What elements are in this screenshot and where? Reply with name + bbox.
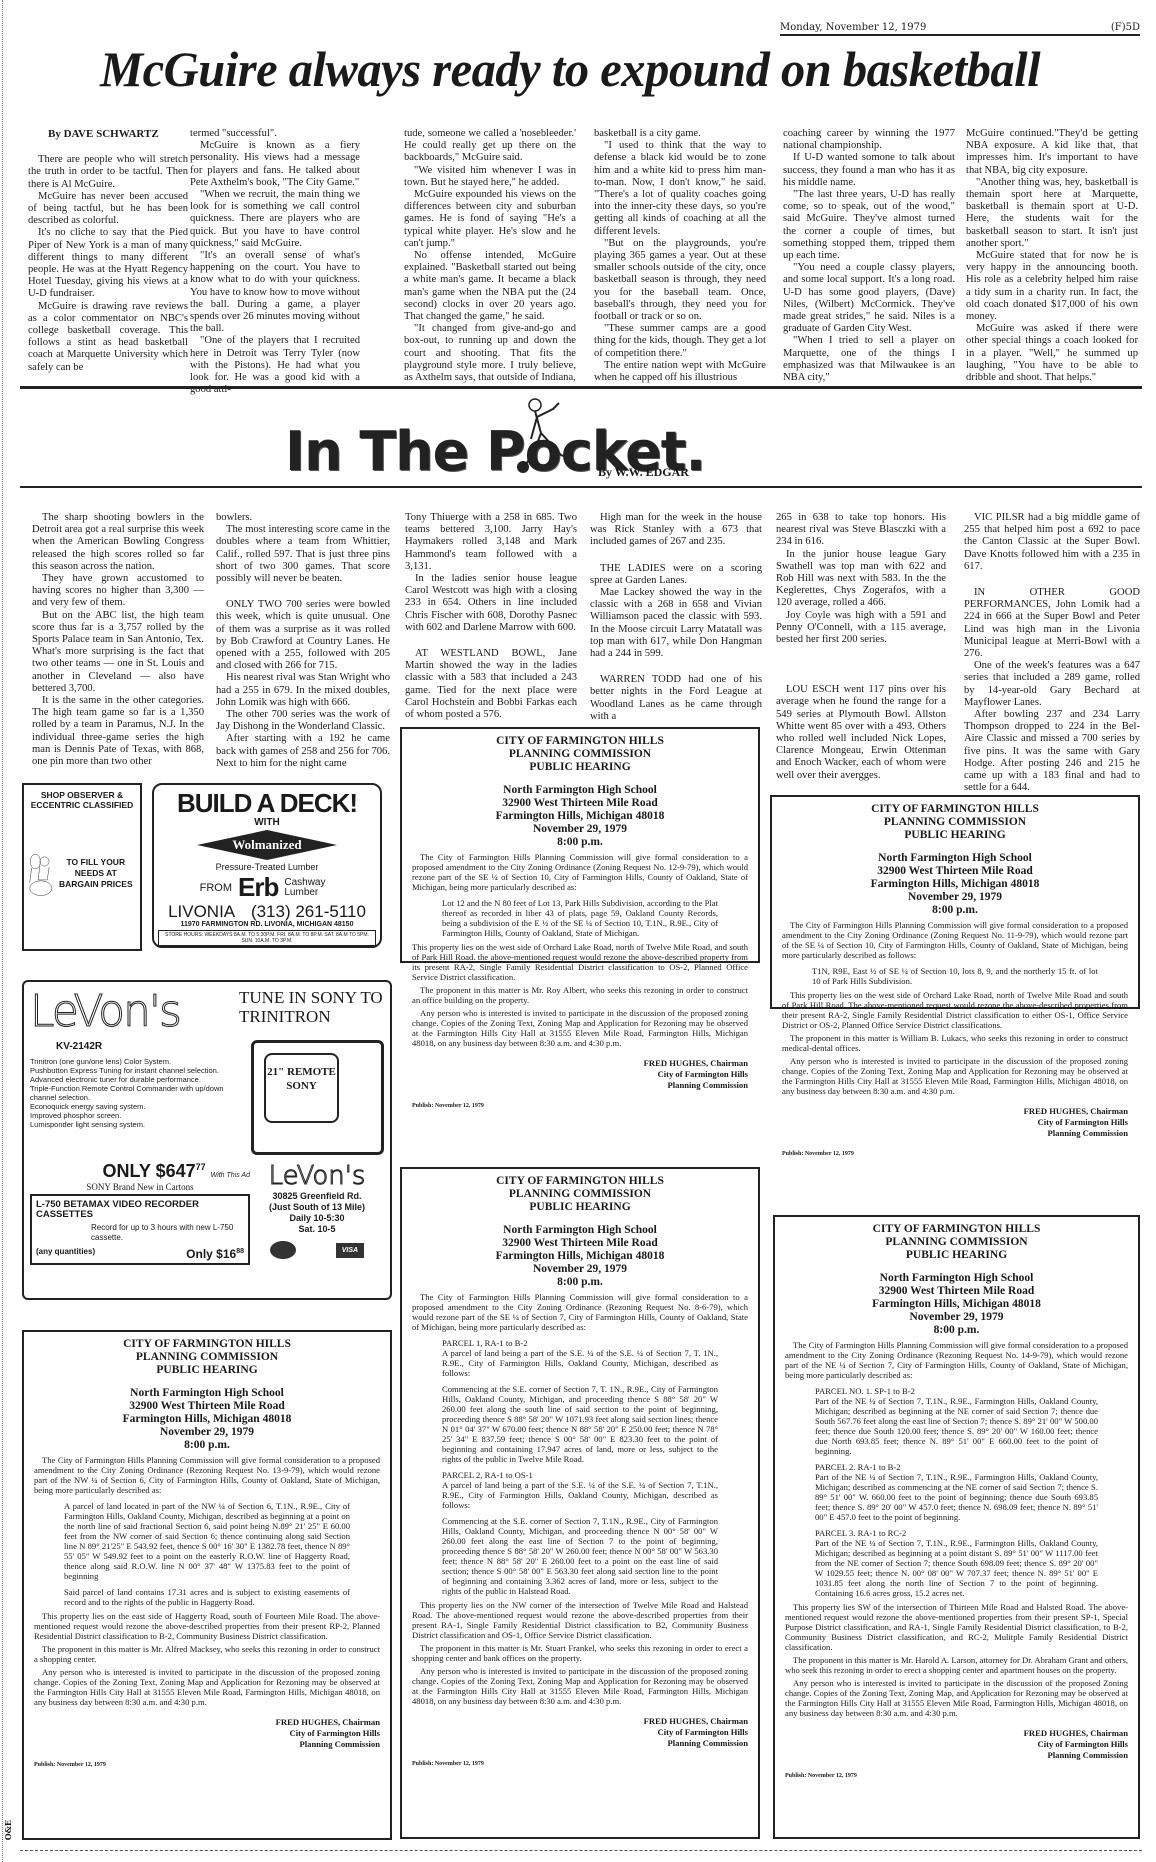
article2-column-6: VIC PILSR had a big middle game of 255 t…	[964, 512, 1140, 794]
levons-logo: LeVon's	[30, 988, 180, 1036]
paragraph: coaching career by winning the 1977 nati…	[783, 128, 955, 152]
paragraph: After bowling 237 and 234 Larry Thompson…	[964, 709, 1140, 794]
paragraph: "You need a couple classy players, and s…	[783, 262, 955, 335]
page-section: (F)5D	[1111, 22, 1140, 33]
feature-item: Lumisponder light sensing system.	[30, 1120, 241, 1129]
levons-sony-ad[interactable]: LeVon's TUNE IN SONY TO TRINITRON KV-214…	[22, 980, 392, 1300]
paragraph: The entire nation wept with McGuire when…	[594, 360, 766, 384]
ad-with: WITH	[158, 817, 376, 828]
paragraph: McGuire has never been accused of being …	[28, 191, 188, 228]
paragraph: bowlers.	[216, 512, 390, 524]
tv-screen-label: 21" REMOTE SONY	[264, 1053, 339, 1123]
build-a-deck-ad[interactable]: BUILD A DECK! WITH Wolmanized Pressure-T…	[152, 783, 382, 948]
paragraph: They have grown accustomed to having sco…	[32, 573, 204, 610]
paragraph: It's no cliche to say that the Pied Pipe…	[28, 227, 188, 300]
article1-column-2: termed "successful". McGuire is known as…	[190, 128, 360, 396]
paragraph: If U-D wanted somone to talk about succe…	[783, 152, 955, 189]
tv-model: KV-2142R	[56, 1042, 241, 1051]
paragraph: McGuire stated that for now he is very h…	[966, 250, 1138, 323]
public-hearing-notice-13-9-79: CITY OF FARMINGTON HILLSPLANNING COMMISS…	[22, 1330, 392, 1840]
article2-column-2: bowlers. The most interesting score came…	[216, 512, 390, 770]
page-bottom-rule	[20, 1850, 1142, 1851]
paragraph: LOU ESCH went 117 pins over his average …	[776, 684, 946, 782]
paragraph: "When we recruit, the main thing we look…	[190, 189, 360, 250]
public-hearing-notice-12-9-79: CITY OF FARMINGTON HILLSPLANNING COMMISS…	[400, 727, 760, 963]
article-headline: McGuire always ready to expound on baske…	[100, 40, 1070, 98]
paragraph: VIC PILSR had a big middle game of 255 t…	[964, 512, 1140, 573]
public-hearing-notice-8-6-79: CITY OF FARMINGTON HILLSPLANNING COMMISS…	[400, 1167, 760, 1839]
mastercharge-logo-icon	[270, 1241, 296, 1259]
paragraph: Joy Coyle was high with a 591 and Penny …	[776, 610, 946, 647]
paragraph: No offense intended, McGuire explained. …	[404, 250, 576, 323]
paragraph: McGuire expounded his views on the diffe…	[404, 189, 576, 250]
paragraph: McGuire is known as a fiery personality.…	[190, 140, 360, 189]
paragraph: McGuire is drawing rave reviews as a col…	[28, 301, 188, 374]
levons-logo-small: LeVon's	[250, 1161, 384, 1191]
paragraph: "When I tried to sell a player on Marque…	[783, 335, 955, 384]
paragraph: "It changed from give-and-go and box-out…	[404, 323, 576, 384]
ad-hours: STORE HOURS: WEEKDAYS 8A.M. TO 5:30P.M. …	[158, 930, 376, 946]
paragraph: "Another thing was, hey, basketball is t…	[966, 177, 1138, 250]
paragraph: His nearest rival was Stan Wright who ha…	[216, 672, 390, 709]
paragraph: McGuire continued."They'd be getting NBA…	[966, 128, 1138, 177]
paragraph: The most interesting score came in the d…	[216, 524, 390, 585]
corner-mark: O&E	[3, 1820, 13, 1840]
ad-tagline: TUNE IN SONY TO TRINITRON	[239, 988, 384, 1036]
paragraph: "I used to think that the way to defense…	[594, 140, 766, 238]
shop-classified-ad[interactable]: SHOP OBSERVER & ECCENTRIC CLASSIFIED TO …	[22, 783, 142, 951]
visa-logo-icon: VISA	[336, 1243, 364, 1258]
ad-body: TO FILL YOUR NEEDS AT BARGAIN PRICES	[27, 818, 137, 928]
ad-title: SHOP OBSERVER & ECCENTRIC CLASSIFIED	[27, 790, 137, 810]
ad-address: 11970 FARMINGTON RD. LIVONIA, MICHIGAN 4…	[158, 921, 376, 928]
article2-column-1: The sharp shooting bowlers in the Detroi…	[32, 512, 204, 768]
paragraph: High man for the week in the house was R…	[590, 512, 762, 549]
paragraph: THE LADIES were on a scoring spree at Ga…	[590, 563, 762, 587]
article1-byline: By DAVE SCHWARTZ	[48, 128, 188, 140]
paragraph: "It's an overall sense of what's happeni…	[190, 250, 360, 335]
paragraph: It is the same in the other categories. …	[32, 695, 204, 768]
paragraph: "But on the playgrounds, you're playing …	[594, 238, 766, 323]
paragraph: termed "successful".	[190, 128, 360, 140]
bowler-illustration-icon	[505, 395, 585, 475]
article2-column-5: 265 in 638 to take top honors. His neare…	[776, 512, 946, 782]
paragraph: But on the ABC list, the high team score…	[32, 610, 204, 695]
feature-item: Econoquick energy saving system.	[30, 1102, 241, 1111]
paragraph: McGuire was asked if there were other sp…	[966, 323, 1138, 384]
paragraph: ONLY TWO 700 series were bowled this wee…	[216, 599, 390, 672]
paragraph: Tony Thiuerge with a 258 in 685. Two tea…	[405, 512, 577, 573]
article2-column-3: Tony Thiuerge with a 258 in 685. Two tea…	[405, 512, 577, 721]
tv-illustration: 21" REMOTE SONY	[251, 1040, 384, 1155]
wolmanized-logo: Wolmanized	[197, 830, 337, 860]
article1-column-1: By DAVE SCHWARTZ There are people who wi…	[28, 128, 188, 374]
section-divider	[20, 386, 1142, 389]
feature-item: Trinitron (one gun/one lens) Color Syste…	[30, 1057, 241, 1066]
paragraph: One of the week's features was a 647 ser…	[964, 660, 1140, 709]
store-address-note: (Just South of 13 Mile)	[250, 1202, 384, 1213]
public-hearing-notice-14-9-79: CITY OF FARMINGTON HILLSPLANNING COMMISS…	[773, 1215, 1140, 1839]
ad-subtitle: Pressure-Treated Lumber	[158, 862, 376, 872]
public-hearing-notice-11-9-79: CITY OF FARMINGTON HILLSPLANNING COMMISS…	[770, 795, 1140, 1009]
ad-headline: BUILD A DECK!	[158, 789, 376, 817]
store-hours: Daily 10-5:30	[250, 1213, 384, 1224]
feature-item: Improved phosphor screen.	[30, 1111, 241, 1120]
store-address: 30825 Greenfield Rd.	[250, 1191, 384, 1202]
store-hours-sat: Sat. 10-5	[250, 1224, 384, 1235]
paragraph: "The last three years, U-D has really co…	[783, 189, 955, 262]
paragraph: There are people who will stretch the tr…	[28, 154, 188, 191]
article1-column-6: McGuire continued."They'd be getting NBA…	[966, 128, 1138, 384]
betamax-cassette-box: L-750 BETAMAX VIDEO RECORDER CASSETTES R…	[30, 1194, 250, 1265]
paragraph: In the ladies senior house league Carol …	[405, 573, 577, 634]
paragraph: "We visited him whenever I was in town. …	[404, 165, 576, 189]
article2-byline: By W.W. EDGAR	[598, 465, 689, 480]
page-dateline: Monday, November 12, 1979 (F)5D	[780, 22, 1140, 36]
erb-logo: Erb	[238, 872, 278, 903]
feature-item: Pushbutton Express Tuning for instant ch…	[30, 1066, 241, 1075]
paragraph: The sharp shooting bowlers in the Detroi…	[32, 512, 204, 573]
paragraph: In the junior house league Gary Swathell…	[776, 549, 946, 610]
sony-note: SONY Brand New in Cartons	[30, 1182, 250, 1192]
paragraph: 265 in 638 to take top honors. His neare…	[776, 512, 946, 549]
paragraph: AT WESTLAND BOWL, Jane Martin showed the…	[405, 648, 577, 721]
paragraph: After starting with a 192 he came back w…	[216, 733, 390, 770]
feature-item: Advanced electronic tuner for durable pe…	[30, 1075, 241, 1084]
page-date: Monday, November 12, 1979	[780, 22, 926, 33]
paragraph: basketball is a city game.	[594, 128, 766, 140]
tv-price: ONLY $64777 With This Ad	[30, 1161, 250, 1182]
paragraph: "These summer camps are a good thing for…	[594, 323, 766, 360]
feature-item: Triple-Function Remote Control Commander…	[30, 1084, 241, 1102]
section-divider	[20, 486, 1142, 488]
ad-tagline: TO FILL YOUR NEEDS AT BARGAIN PRICES	[55, 857, 137, 890]
article1-column-3: tude, someone we called a 'nosebleeder.'…	[404, 128, 576, 384]
article1-column-5: coaching career by winning the 1977 nati…	[783, 128, 955, 384]
paragraph: tude, someone we called a 'nosebleeder.'…	[404, 128, 576, 165]
paragraph: The other 700 series was the work of Jay…	[216, 709, 390, 733]
ad-city: LIVONIA	[168, 902, 234, 921]
paragraph: WARREN TODD had one of his better nights…	[590, 674, 762, 723]
article2-column-4: High man for the week in the house was R…	[590, 512, 762, 723]
paragraph: Mae Lackey showed the way in the classic…	[590, 587, 762, 660]
article1-column-4: basketball is a city game. "I used to th…	[594, 128, 766, 384]
couple-piggybank-icon	[27, 818, 55, 928]
ad-store-name: Cashway Lumber	[284, 878, 334, 898]
page-margin-marks	[2, 0, 8, 1862]
ad-from: FROM	[200, 882, 232, 894]
ad-phone: (313) 261-5110	[251, 902, 366, 921]
paragraph: IN OTHER GOOD PERFORMANCES, John Lomik h…	[964, 587, 1140, 660]
